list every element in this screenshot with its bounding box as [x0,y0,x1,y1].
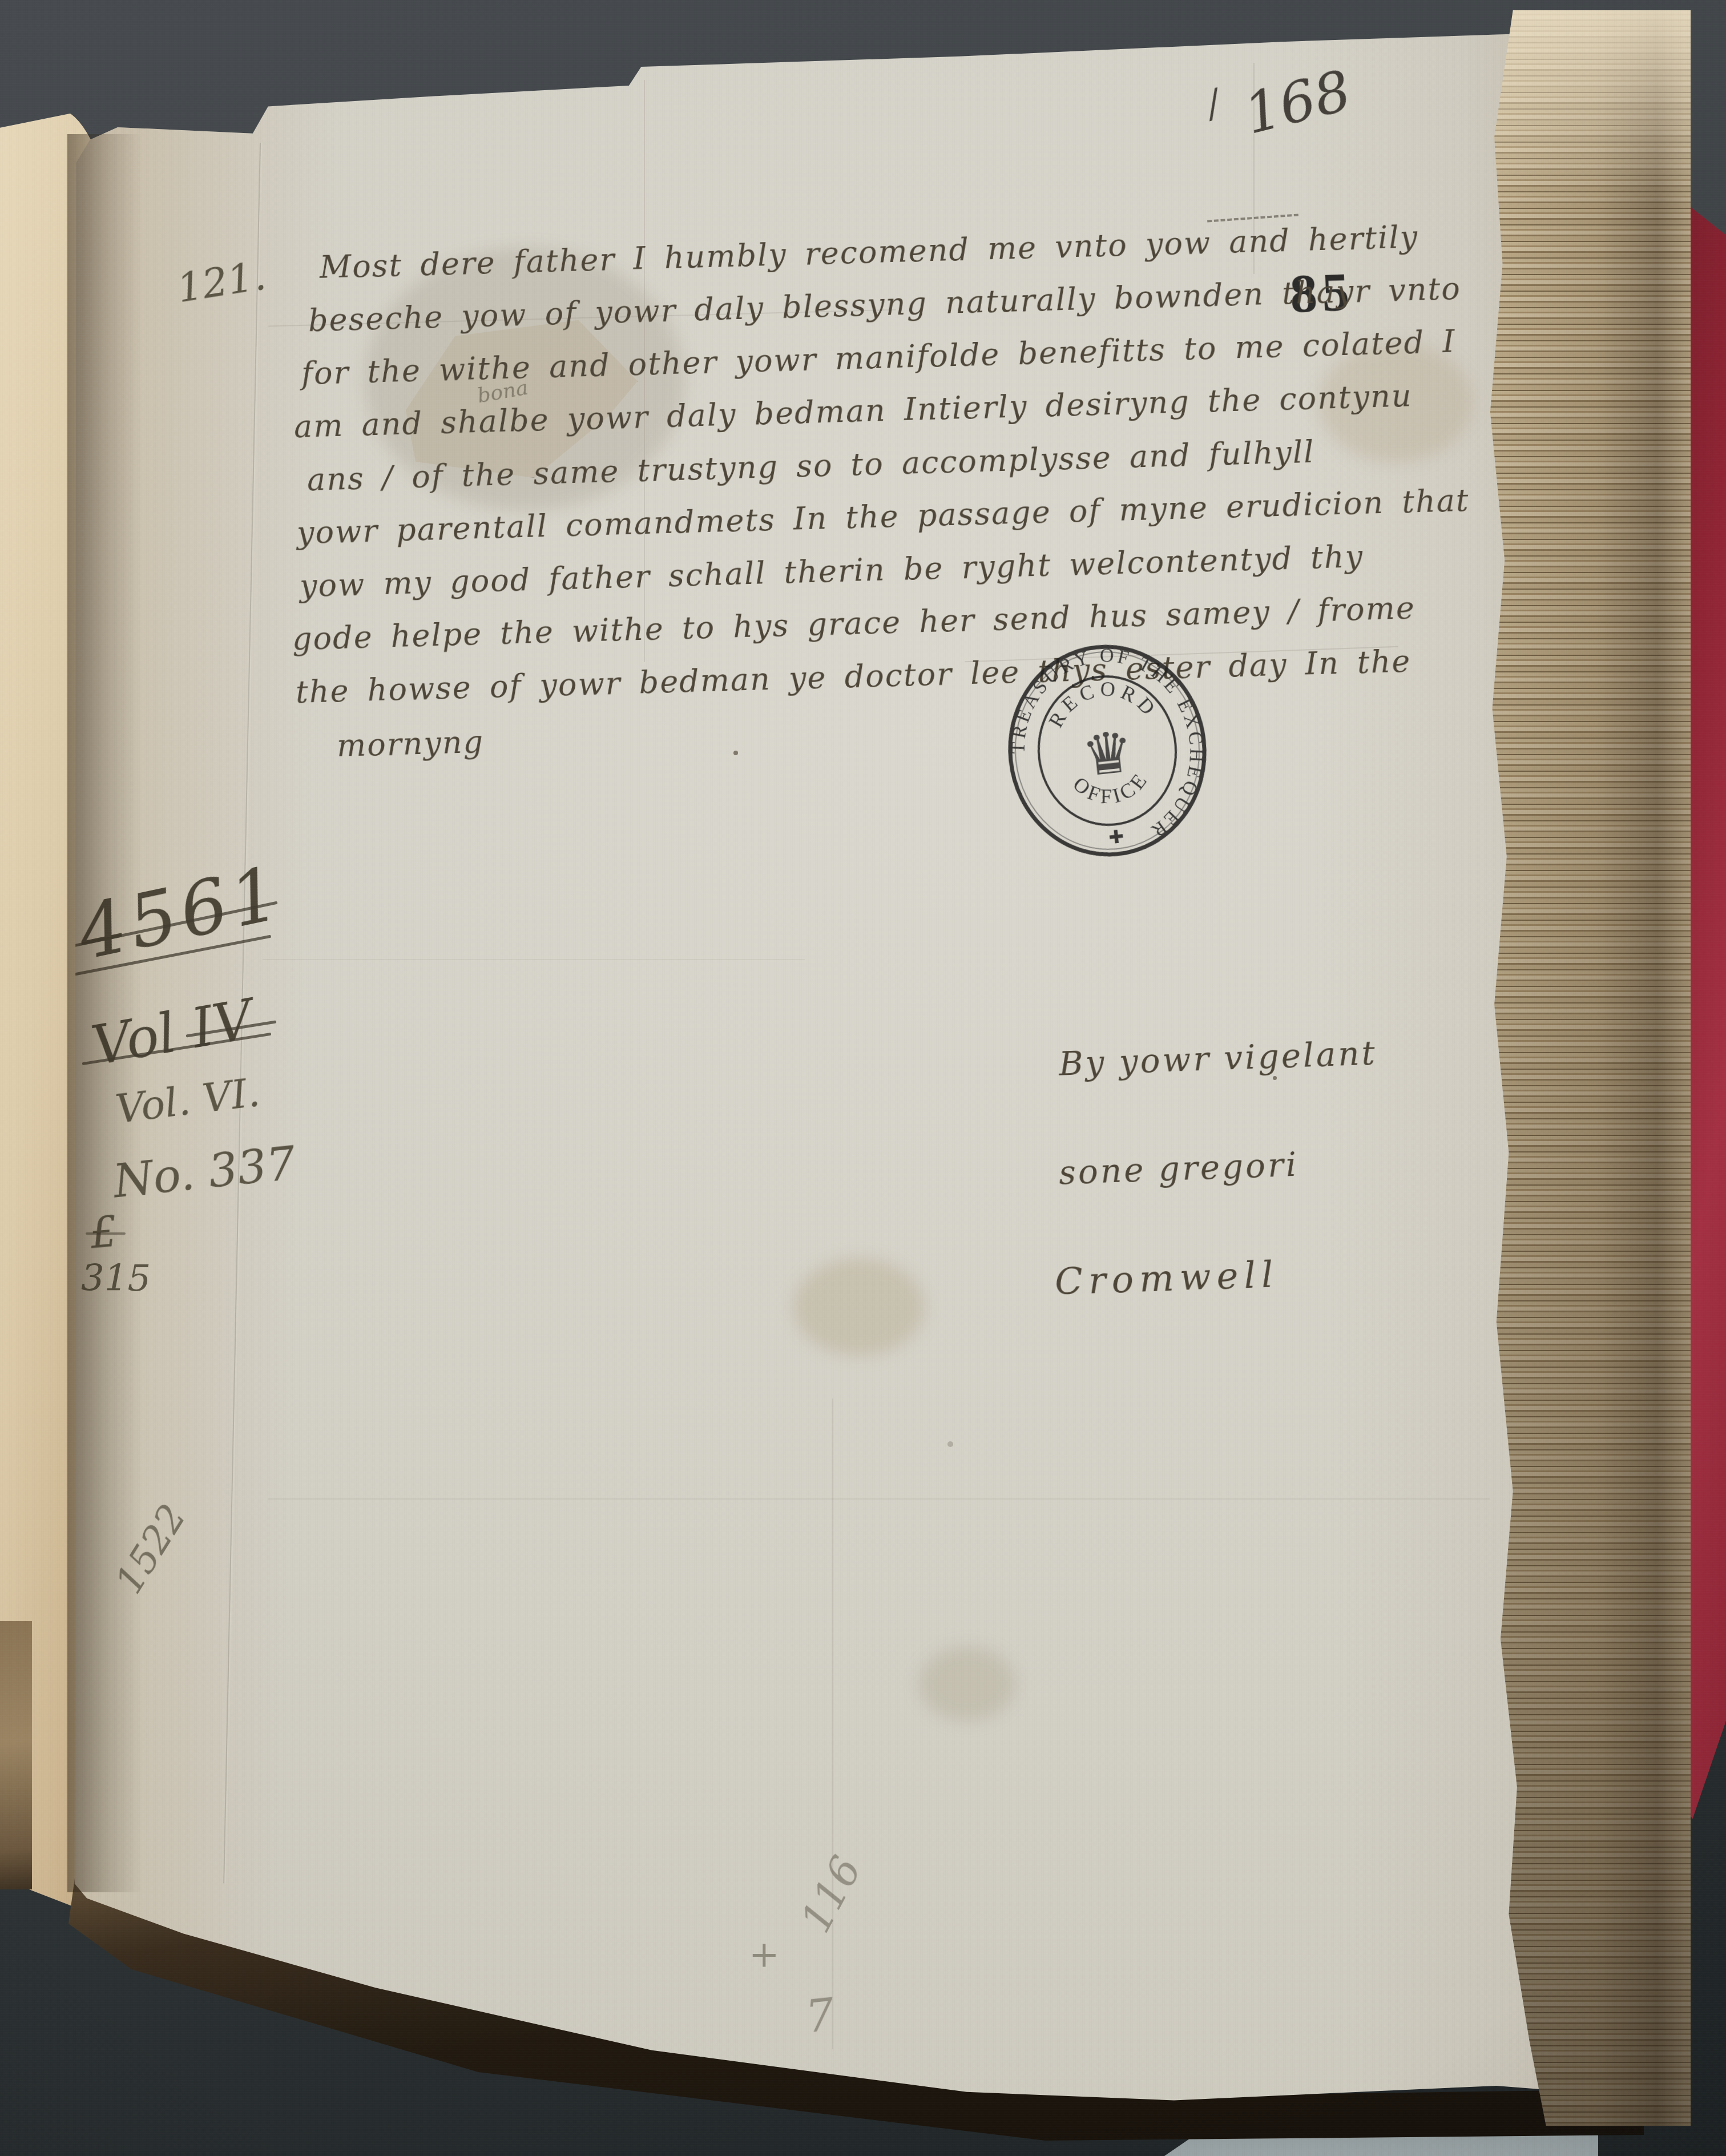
left-board-edge [0,1621,32,1889]
crossed-out-scribble [1207,213,1298,222]
strike-line [86,1232,126,1235]
stain-lower [919,1647,1016,1721]
crossed-out-volume: Vol IV [87,988,258,1078]
vertical-crease-bottom [832,1399,833,2049]
letter-line: mornyng [336,724,485,764]
margin-item-number: 121. [174,252,269,312]
photo-of-manuscript-volume: 95 5 bona / 168 85 121. 4561 [0,0,1726,2156]
horizontal-crease-4 [268,1498,1490,1500]
record-office-stamp: TREASURY OF THE EXCHEQUER RECORD OFFICE … [987,623,1228,878]
stain-center [793,1259,925,1356]
ink-fleck [947,1441,953,1447]
horizontal-crease-3 [263,959,805,960]
margin-document-number: No. 337 [111,1137,298,1208]
folio-number-ink: 168 [1238,58,1357,147]
ink-fleck [1273,1076,1277,1080]
folio-tick-mark: / [1201,82,1225,126]
letter-line: gode helpe the withe to hys grace her se… [292,590,1416,657]
letter-line: Most dere father I humbly recomend me vn… [319,219,1419,285]
signature-line-2: sone gregori [1058,1145,1299,1192]
crown-icon: ♛ [1079,718,1136,790]
stamp-cross-icon: ✚ [1108,825,1126,849]
letter-line: the howse of yowr bedman ye doctor lee t… [295,643,1412,710]
crossed-out-number: 4561 [70,849,291,977]
ink-fleck [733,751,738,755]
margin-amount: 315 [81,1258,151,1300]
faint-plus-mark: + [749,1933,780,1976]
letter-line: yow my good father schall therin be rygh… [299,538,1364,604]
faint-number-mark: 116 [792,1849,871,1941]
faint-seven-mark: 7 [803,1989,837,2044]
signature-name: Cromwell [1054,1254,1280,1304]
manuscript-page: bona / 168 85 121. 4561 Vol IV Vol. VI. … [68,31,1604,2115]
margin-year-diagonal: 1522 [107,1497,195,1601]
signature-line-1: By yowr vigelant [1058,1033,1378,1083]
